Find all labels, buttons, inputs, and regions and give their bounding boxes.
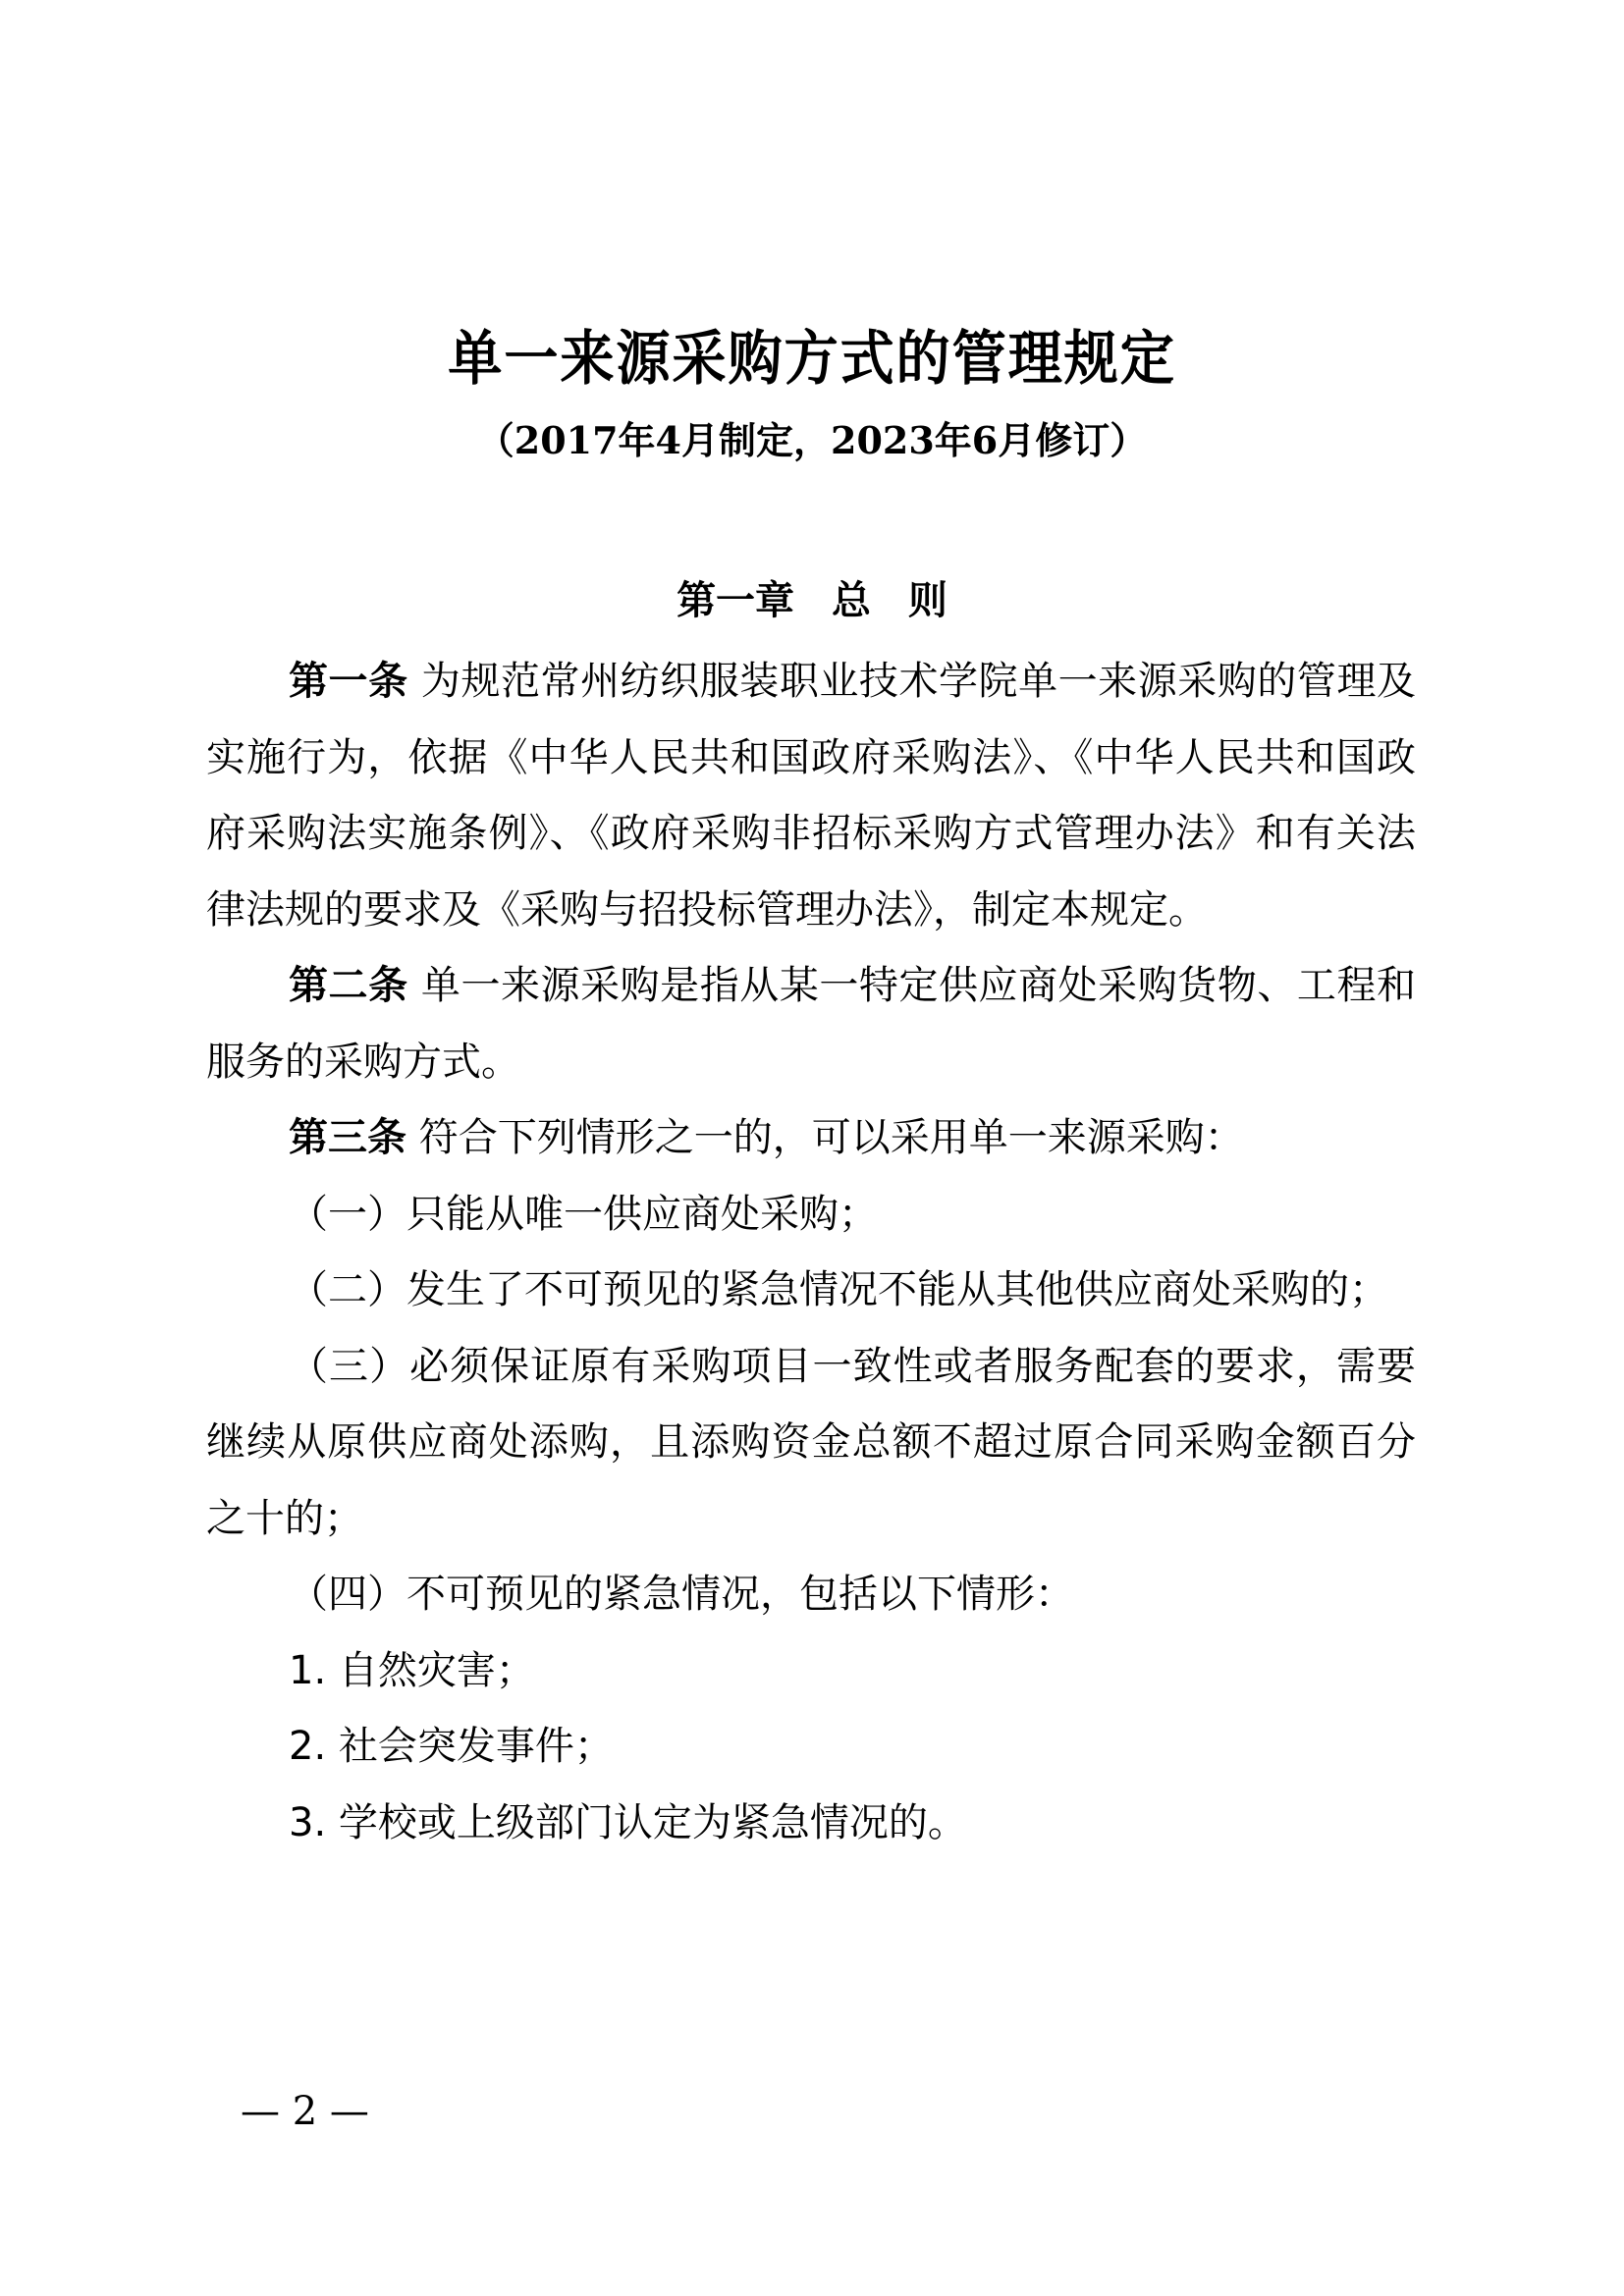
clause-3: （三）必须保证原有采购项目一致性或者服务配套的要求，需要继续从原供应商处添购，且… bbox=[206, 1329, 1416, 1558]
document-subtitle: （2017年4月制定，2023年6月修订） bbox=[0, 410, 1624, 464]
article-3: 第三条 符合下列情形之一的，可以采用单一来源采购： bbox=[206, 1100, 1416, 1177]
clause-1: （一）只能从唯一供应商处采购； bbox=[206, 1177, 1416, 1254]
sub-item-1: 1. 自然灾害； bbox=[206, 1633, 1416, 1710]
clause-4: （四）不可预见的紧急情况，包括以下情形： bbox=[206, 1557, 1416, 1633]
article-2: 第二条 单一来源采购是指从某一特定供应商处采购货物、工程和服务的采购方式。 bbox=[206, 948, 1416, 1100]
article-1: 第一条 为规范常州纺织服装职业技术学院单一来源采购的管理及实施行为，依据《中华人… bbox=[206, 644, 1416, 948]
chapter-heading: 第一章 总 则 bbox=[0, 569, 1624, 625]
sub-item-3: 3. 学校或上级部门认定为紧急情况的。 bbox=[206, 1786, 1416, 1862]
article-label: 第二条 bbox=[289, 963, 408, 1008]
article-text: 符合下列情形之一的，可以采用单一来源采购： bbox=[406, 1115, 1244, 1160]
sub-item-2: 2. 社会突发事件； bbox=[206, 1709, 1416, 1786]
document-title: 单一来源采购方式的管理规定 bbox=[65, 312, 1559, 397]
page-number: — 2 — bbox=[241, 2089, 369, 2134]
article-label: 第一条 bbox=[289, 659, 408, 704]
document-page: 单一来源采购方式的管理规定 （2017年4月制定，2023年6月修订） 第一章 … bbox=[0, 0, 1624, 2296]
clause-2: （二）发生了不可预见的紧急情况不能从其他供应商处采购的； bbox=[206, 1253, 1416, 1329]
document-body: 第一条 为规范常州纺织服装职业技术学院单一来源采购的管理及实施行为，依据《中华人… bbox=[206, 644, 1416, 1861]
article-label: 第三条 bbox=[289, 1115, 406, 1160]
